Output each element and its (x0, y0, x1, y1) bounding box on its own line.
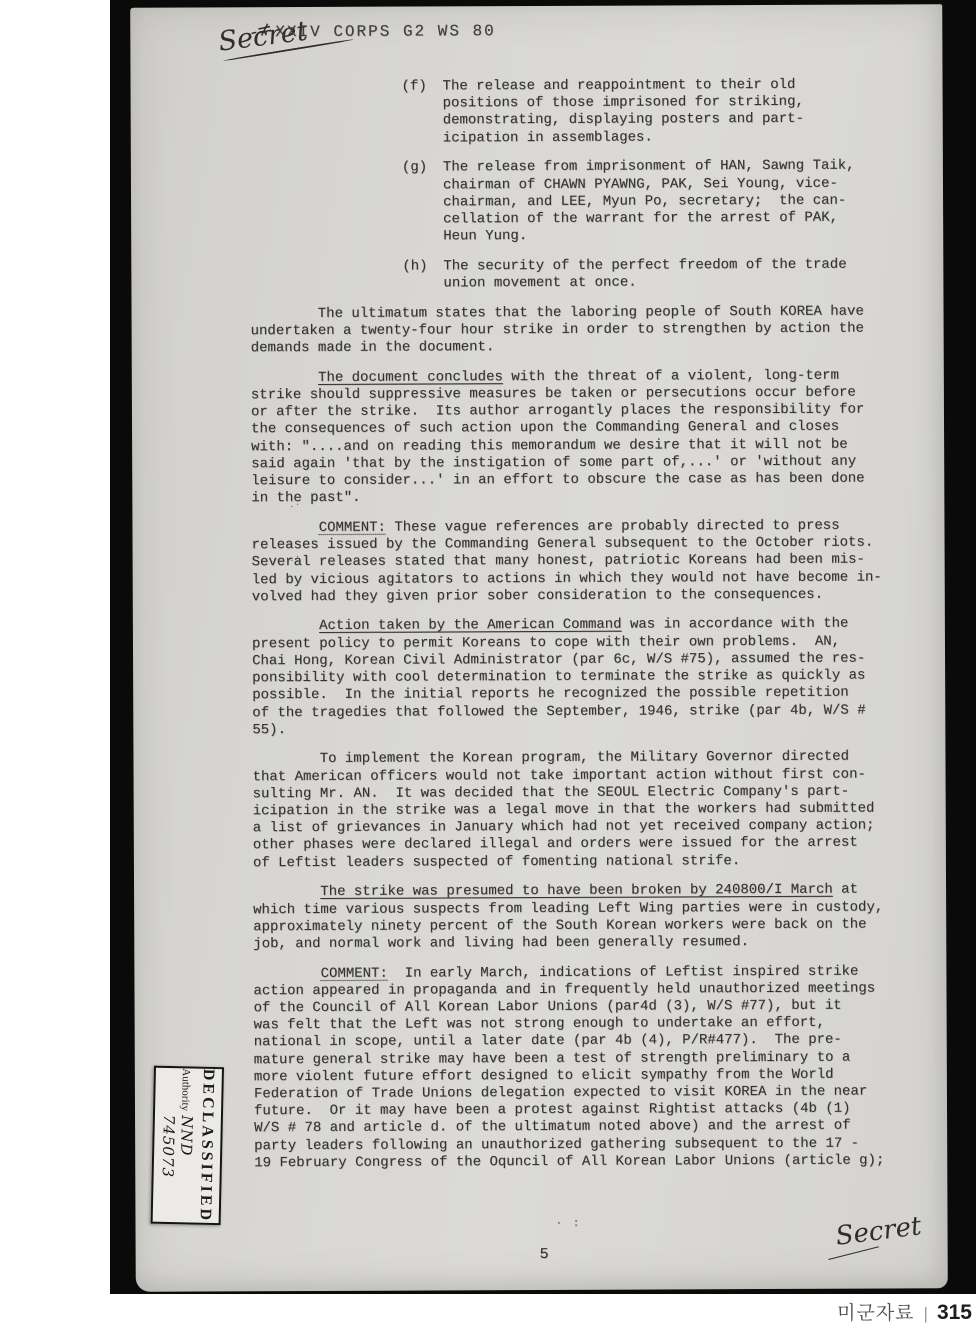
text-line: demands made in the document. (251, 338, 911, 358)
text-line: union movement at once. (443, 273, 910, 292)
text-line: The strike was presumed to have been bro… (253, 882, 913, 902)
text-line: 55). (252, 719, 912, 739)
text-line: in the past". (251, 488, 911, 508)
underlined-phrase: COMMENT: (319, 520, 386, 536)
text-line: chairman, and LEE, Myun Po, secretary; t… (443, 192, 910, 211)
text-line: of the tragedies that followed the Septe… (252, 702, 912, 722)
list-item-label: (f) (402, 78, 427, 95)
paragraph-4: Action taken by the American Command was… (252, 616, 913, 739)
authority-number-handwritten: NND 745073 (157, 1115, 195, 1223)
declassified-stamp-box: DECLASSIFIED Authority NND 745073 (150, 1066, 223, 1226)
list-item-label: (g) (402, 160, 427, 177)
paragraph-5: To implement the Korean program, the Mil… (252, 749, 913, 872)
authority-label: Authority (179, 1068, 192, 1111)
list-item-g: (g)The release from imprisonment of HAN,… (250, 158, 910, 247)
caption-page-number: 315 (937, 1301, 972, 1325)
text-line: leisure to consider...' in an effort to … (251, 470, 911, 490)
text-line: cellation of the warrant for the arrest … (443, 209, 910, 228)
scanned-document-page: Secret -≠ XXIV CORPS G2 WS 80 (f)The rel… (130, 4, 948, 1292)
text-line: undertaken a twenty-four hour strike in … (251, 320, 911, 340)
underlined-phrase: The document concludes (318, 369, 503, 386)
paragraph-2: The document concludes with the threat o… (251, 367, 912, 508)
archive-caption: 미군자료 | 315 (837, 1298, 972, 1325)
caption-separator: | (924, 1304, 928, 1324)
text-line: other phases were declared illegal and o… (253, 835, 913, 855)
text-line: The security of the perfect freedom of t… (443, 256, 910, 275)
document-body: (f)The release and reappointment to thei… (250, 76, 915, 1184)
text-line: Heun Yung. (443, 227, 910, 246)
text-line: positions of those imprisoned for striki… (443, 94, 910, 113)
text-line: chairman of CHAWN PYAWNG, PAK, Sei Young… (443, 175, 910, 194)
underlined-phrase: Action taken by the American Command (319, 617, 622, 634)
paragraph-1: The ultimatum states that the laboring p… (251, 303, 911, 357)
text-line: approximately ninety percent of the Sout… (253, 916, 913, 936)
list-item-f: (f)The release and reappointment to thei… (250, 76, 910, 148)
text-line: icipation in assemblages. (443, 128, 910, 147)
paragraph-6: The strike was presumed to have been bro… (253, 882, 913, 954)
page-number: 5 (540, 1246, 549, 1263)
text-line: 19 February Congress of the Oquncil of A… (254, 1152, 914, 1172)
text-line: demonstrating, displaying posters and pa… (443, 111, 910, 130)
handwritten-slash-mark: -≠ (248, 17, 275, 43)
text-line: job, and normal work and living had been… (253, 933, 913, 953)
underlined-phrase: The strike was presumed to have been bro… (320, 882, 833, 900)
list-item-label: (h) (402, 258, 427, 275)
paragraph-3: COMMENT: These vague references are prob… (251, 517, 911, 606)
ink-speck: . : (291, 553, 299, 564)
document-header: XXIV CORPS G2 WS 80 (275, 22, 496, 41)
faint-dots-mark: · : (555, 1218, 581, 1230)
text-line: volved had they given prior sober consid… (252, 586, 912, 606)
scan-photo-background: Secret -≠ XXIV CORPS G2 WS 80 (f)The rel… (110, 0, 976, 1294)
text-line: of Leftist leaders suspected of fomentin… (253, 852, 913, 872)
declassified-label: DECLASSIFIED (195, 1069, 216, 1224)
declassified-stamp: DECLASSIFIED Authority NND 745073 (151, 1037, 224, 1253)
caption-korean-text: 미군자료 (837, 1298, 914, 1325)
text-line: possible. In the initial reports he reco… (252, 685, 912, 705)
text-line: The release from imprisonment of HAN, Sa… (443, 158, 910, 177)
paragraph-7: COMMENT: In early March, indications of … (253, 963, 914, 1172)
ink-speck: . · (290, 499, 299, 510)
screen: Secret -≠ XXIV CORPS G2 WS 80 (f)The rel… (0, 0, 976, 1336)
authority-line: Authority NND 745073 (157, 1068, 196, 1223)
underlined-phrase: COMMENT: (321, 965, 388, 981)
text-line: The release and reappointment to their o… (443, 76, 910, 95)
list-item-h: (h)The security of the perfect freedom o… (250, 256, 910, 293)
